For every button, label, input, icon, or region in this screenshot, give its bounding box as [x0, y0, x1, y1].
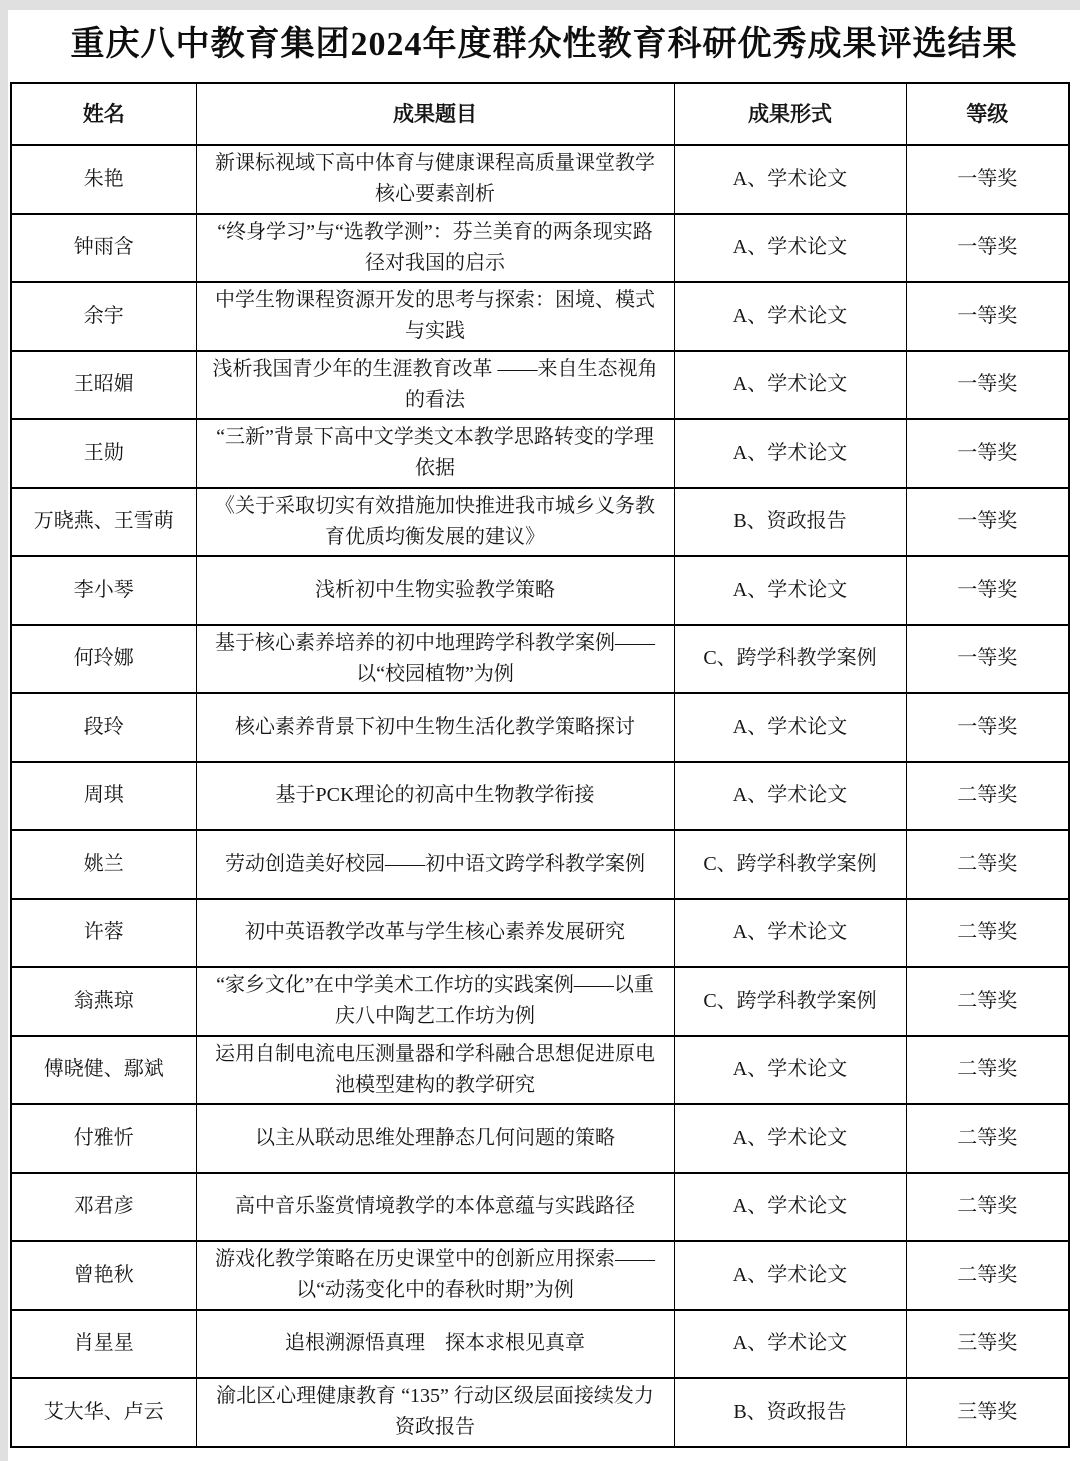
name-cell: 何玲娜	[11, 625, 196, 694]
form-cell: A、学术论文	[674, 145, 906, 214]
table-row: 万晓燕、王雪萌《关于采取切实有效措施加快推进我市城乡义务教育优质均衡发展的建议》…	[11, 488, 1069, 557]
title-cell: 核心素养背景下初中生物生活化教学策略探讨	[196, 693, 674, 762]
title-cell: 游戏化教学策略在历史课堂中的创新应用探索——以“动荡变化中的春秋时期”为例	[196, 1241, 674, 1310]
name-cell: 周琪	[11, 762, 196, 831]
table-row: 王勋“三新”背景下高中文学类文本教学思路转变的学理依据A、学术论文一等奖	[11, 419, 1069, 488]
grade-cell: 一等奖	[906, 419, 1069, 488]
grade-cell: 二等奖	[906, 967, 1069, 1036]
form-cell: B、资政报告	[674, 1378, 906, 1447]
title-cell: 新课标视域下高中体育与健康课程高质量课堂教学核心要素剖析	[196, 145, 674, 214]
table-row: 邓君彦高中音乐鉴赏情境教学的本体意蕴与实践路径A、学术论文二等奖	[11, 1173, 1069, 1242]
table-row: 艾大华、卢云渝北区心理健康教育 “135” 行动区级层面接续发力资政报告B、资政…	[11, 1378, 1069, 1447]
grade-cell: 一等奖	[906, 282, 1069, 351]
table-row: 肖星星追根溯源悟真理 探本求根见真章A、学术论文三等奖	[11, 1310, 1069, 1379]
title-cell: 以主从联动思维处理静态几何问题的策略	[196, 1104, 674, 1173]
table-row: 朱艳新课标视域下高中体育与健康课程高质量课堂教学核心要素剖析A、学术论文一等奖	[11, 145, 1069, 214]
table-row: 付雅忻以主从联动思维处理静态几何问题的策略A、学术论文二等奖	[11, 1104, 1069, 1173]
title-cell: “家乡文化”在中学美术工作坊的实践案例——以重庆八中陶艺工作坊为例	[196, 967, 674, 1036]
grade-cell: 一等奖	[906, 351, 1069, 420]
grade-cell: 二等奖	[906, 1241, 1069, 1310]
form-cell: A、学术论文	[674, 214, 906, 283]
header-row: 姓名 成果题目 成果形式 等级	[11, 83, 1069, 145]
title-cell: 基于核心素养培养的初中地理跨学科教学案例——以“校园植物”为例	[196, 625, 674, 694]
name-cell: 段玲	[11, 693, 196, 762]
form-cell: A、学术论文	[674, 762, 906, 831]
grade-cell: 一等奖	[906, 693, 1069, 762]
form-cell: C、跨学科教学案例	[674, 967, 906, 1036]
form-cell: C、跨学科教学案例	[674, 830, 906, 899]
form-cell: A、学术论文	[674, 1310, 906, 1379]
document-page: 重庆八中教育集团2024年度群众性教育科研优秀成果评选结果 姓名 成果题目 成果…	[8, 10, 1080, 1461]
table-row: 王昭媚浅析我国青少年的生涯教育改革 ——来自生态视角的看法A、学术论文一等奖	[11, 351, 1069, 420]
name-cell: 钟雨含	[11, 214, 196, 283]
name-cell: 曾艳秋	[11, 1241, 196, 1310]
name-cell: 傅晓健、鄢斌	[11, 1036, 196, 1105]
grade-cell: 三等奖	[906, 1378, 1069, 1447]
name-cell: 万晓燕、王雪萌	[11, 488, 196, 557]
column-header-title: 成果题目	[196, 83, 674, 145]
title-cell: 运用自制电流电压测量器和学科融合思想促进原电池模型建构的教学研究	[196, 1036, 674, 1105]
form-cell: A、学术论文	[674, 1104, 906, 1173]
table-row: 余宇中学生物课程资源开发的思考与探索：困境、模式与实践A、学术论文一等奖	[11, 282, 1069, 351]
name-cell: 朱艳	[11, 145, 196, 214]
title-cell: 渝北区心理健康教育 “135” 行动区级层面接续发力资政报告	[196, 1378, 674, 1447]
grade-cell: 二等奖	[906, 762, 1069, 831]
form-cell: A、学术论文	[674, 1173, 906, 1242]
form-cell: A、学术论文	[674, 693, 906, 762]
name-cell: 邓君彦	[11, 1173, 196, 1242]
title-cell: 中学生物课程资源开发的思考与探索：困境、模式与实践	[196, 282, 674, 351]
table-row: 傅晓健、鄢斌运用自制电流电压测量器和学科融合思想促进原电池模型建构的教学研究A、…	[11, 1036, 1069, 1105]
grade-cell: 一等奖	[906, 214, 1069, 283]
grade-cell: 二等奖	[906, 899, 1069, 968]
grade-cell: 三等奖	[906, 1310, 1069, 1379]
name-cell: 艾大华、卢云	[11, 1378, 196, 1447]
grade-cell: 二等奖	[906, 1036, 1069, 1105]
column-header-form: 成果形式	[674, 83, 906, 145]
name-cell: 王勋	[11, 419, 196, 488]
grade-cell: 一等奖	[906, 145, 1069, 214]
name-cell: 李小琴	[11, 556, 196, 625]
page-title: 重庆八中教育集团2024年度群众性教育科研优秀成果评选结果	[8, 10, 1080, 82]
name-cell: 肖星星	[11, 1310, 196, 1379]
table-row: 翁燕琼“家乡文化”在中学美术工作坊的实践案例——以重庆八中陶艺工作坊为例C、跨学…	[11, 967, 1069, 1036]
form-cell: A、学术论文	[674, 1241, 906, 1310]
form-cell: A、学术论文	[674, 419, 906, 488]
table-row: 许蓉初中英语教学改革与学生核心素养发展研究A、学术论文二等奖	[11, 899, 1069, 968]
form-cell: B、资政报告	[674, 488, 906, 557]
grade-cell: 一等奖	[906, 625, 1069, 694]
table-row: 曾艳秋游戏化教学策略在历史课堂中的创新应用探索——以“动荡变化中的春秋时期”为例…	[11, 1241, 1069, 1310]
form-cell: A、学术论文	[674, 282, 906, 351]
name-cell: 翁燕琼	[11, 967, 196, 1036]
title-cell: 高中音乐鉴赏情境教学的本体意蕴与实践路径	[196, 1173, 674, 1242]
form-cell: A、学术论文	[674, 556, 906, 625]
table-row: 周琪基于PCK理论的初高中生物教学衔接A、学术论文二等奖	[11, 762, 1069, 831]
title-cell: 劳动创造美好校园——初中语文跨学科教学案例	[196, 830, 674, 899]
title-cell: 浅析初中生物实验教学策略	[196, 556, 674, 625]
grade-cell: 二等奖	[906, 1173, 1069, 1242]
table-row: 姚兰劳动创造美好校园——初中语文跨学科教学案例C、跨学科教学案例二等奖	[11, 830, 1069, 899]
title-cell: 追根溯源悟真理 探本求根见真章	[196, 1310, 674, 1379]
title-cell: 浅析我国青少年的生涯教育改革 ——来自生态视角的看法	[196, 351, 674, 420]
column-header-grade: 等级	[906, 83, 1069, 145]
name-cell: 许蓉	[11, 899, 196, 968]
grade-cell: 二等奖	[906, 830, 1069, 899]
table-row: 段玲核心素养背景下初中生物生活化教学策略探讨A、学术论文一等奖	[11, 693, 1069, 762]
grade-cell: 二等奖	[906, 1104, 1069, 1173]
column-header-name: 姓名	[11, 83, 196, 145]
name-cell: 王昭媚	[11, 351, 196, 420]
grade-cell: 一等奖	[906, 488, 1069, 557]
grade-cell: 一等奖	[906, 556, 1069, 625]
table-row: 何玲娜基于核心素养培养的初中地理跨学科教学案例——以“校园植物”为例C、跨学科教…	[11, 625, 1069, 694]
name-cell: 姚兰	[11, 830, 196, 899]
name-cell: 余宇	[11, 282, 196, 351]
form-cell: A、学术论文	[674, 351, 906, 420]
title-cell: “终身学习”与“选教学测”：芬兰美育的两条现实路径对我国的启示	[196, 214, 674, 283]
table-row: 钟雨含“终身学习”与“选教学测”：芬兰美育的两条现实路径对我国的启示A、学术论文…	[11, 214, 1069, 283]
form-cell: A、学术论文	[674, 899, 906, 968]
results-table: 姓名 成果题目 成果形式 等级 朱艳新课标视域下高中体育与健康课程高质量课堂教学…	[10, 82, 1070, 1448]
title-cell: 基于PCK理论的初高中生物教学衔接	[196, 762, 674, 831]
title-cell: 初中英语教学改革与学生核心素养发展研究	[196, 899, 674, 968]
table-row: 李小琴浅析初中生物实验教学策略A、学术论文一等奖	[11, 556, 1069, 625]
form-cell: A、学术论文	[674, 1036, 906, 1105]
title-cell: “三新”背景下高中文学类文本教学思路转变的学理依据	[196, 419, 674, 488]
form-cell: C、跨学科教学案例	[674, 625, 906, 694]
title-cell: 《关于采取切实有效措施加快推进我市城乡义务教育优质均衡发展的建议》	[196, 488, 674, 557]
name-cell: 付雅忻	[11, 1104, 196, 1173]
